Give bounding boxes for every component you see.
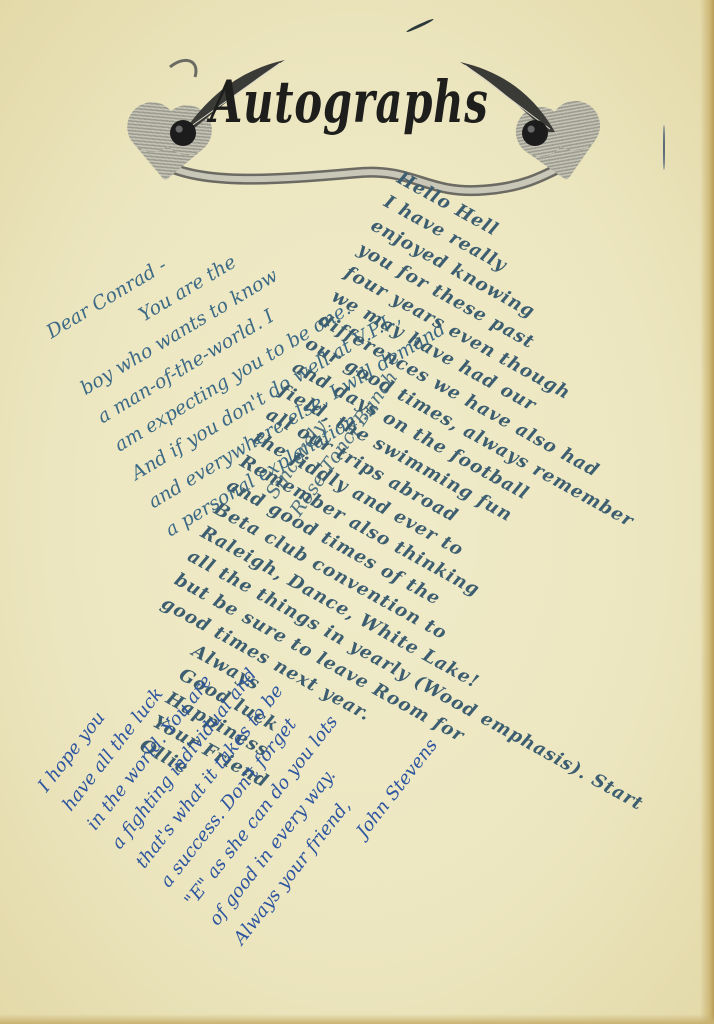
paper-edge-bottom (0, 1014, 714, 1024)
ink-speck (406, 18, 434, 33)
autograph-page: Autographs Dear Conrad - You are the boy… (0, 0, 714, 1024)
page-title: Autographs (210, 73, 488, 131)
ink-mark (663, 125, 665, 170)
inkwell-icon-right (522, 120, 548, 146)
inkwell-icon-left (170, 120, 196, 146)
page-header: Autographs (125, 55, 595, 205)
